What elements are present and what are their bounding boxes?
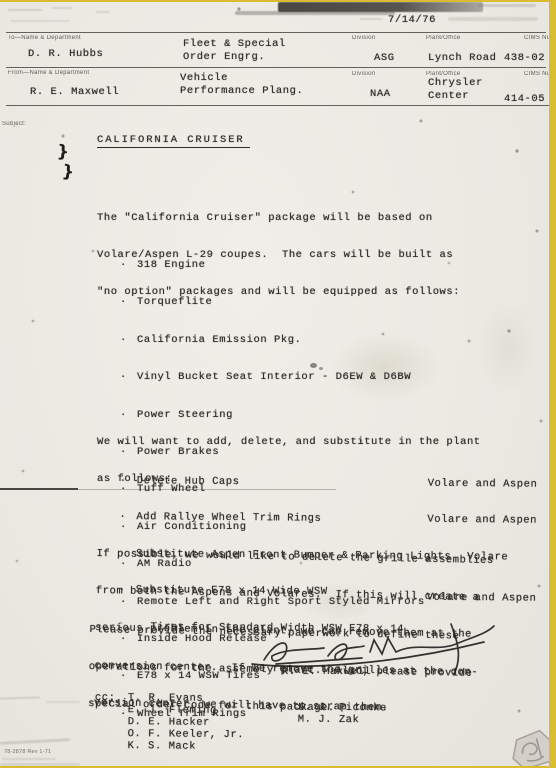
equipment-item: ·Vinyl Bucket Seat Interior - D6EW & D6B… (120, 371, 425, 384)
form-rule (6, 67, 546, 68)
form-number: 78-2878 Rev 1-71 (4, 749, 51, 755)
grille-line: If possible, we would like to delete the… (96, 548, 494, 568)
equipment-item-label: Torqueflite (137, 296, 212, 308)
equipment-item-label: California Emission Pkg. (137, 334, 301, 346)
scan-smudge (0, 763, 80, 766)
scan-smudge (235, 11, 395, 15)
memo-date: 7/14/76 (388, 14, 436, 26)
signature-typed-name: R. E. Maxwell (282, 666, 371, 678)
to-cims-number: 438-02 (504, 52, 545, 64)
cims-label: CIMS Num (524, 71, 549, 77)
change-item: ·Delete Hub CapsVolare and Aspen (120, 475, 452, 490)
division-label: Division (352, 35, 375, 41)
bullet-dot: · (119, 511, 136, 524)
equipment-item: ·California Emission Pkg. (120, 334, 425, 347)
scan-smudge (448, 17, 538, 21)
scan-smudge (10, 20, 70, 22)
margin-brace-mark: } (61, 161, 75, 182)
from-cims-number: 414-05 (504, 93, 545, 105)
from-name: R. E. Maxwell (30, 86, 119, 98)
bullet-dot: · (120, 371, 137, 384)
change-item-models: Volare and Aspen (427, 514, 537, 527)
memo-document: 7/14/76 To—Name & Department Division Pl… (0, 2, 549, 766)
embossed-stamp-mark (505, 725, 549, 766)
from-department-line2: Performance Plang. (180, 85, 303, 97)
changes-intro-line: We will want to add, delete, and substit… (97, 436, 481, 449)
form-rule (6, 32, 546, 33)
bullet-dot: · (120, 296, 137, 309)
to-department-line1: Fleet & Special (183, 38, 286, 50)
bullet-dot: · (120, 334, 137, 347)
scan-smudge (52, 7, 72, 9)
to-field-label: To—Name & Department (8, 35, 81, 41)
from-plant-office-line2: Center (428, 90, 469, 102)
change-item-label: Add Rallye Wheel Trim Rings (136, 512, 321, 526)
plant-office-label: Plant/Office (426, 35, 461, 41)
scan-smudge (478, 4, 536, 7)
bullet-dot: · (120, 259, 137, 272)
cc-name: L. J. Piconke (298, 702, 387, 715)
cc-label: cc: (95, 692, 116, 704)
cc-name: E. J. Fleming (128, 704, 217, 717)
change-item-label: Delete Hub Caps (137, 475, 240, 488)
equipment-item-label: Vinyl Bucket Seat Interior - D6EW & D6BW (137, 371, 411, 383)
form-rule (6, 105, 549, 106)
from-plant-office-line1: Chrysler (428, 77, 483, 89)
subject-label: Subject: (2, 121, 26, 127)
scan-fold-line (0, 488, 78, 490)
memo-title: CALIFORNIA CRUISER (97, 134, 250, 148)
equipment-item: ·Torqueflite (120, 296, 425, 309)
to-name: D. R. Hubbs (28, 48, 103, 60)
division-label: Division (352, 71, 375, 77)
cims-label: CIMS Num (524, 35, 549, 41)
to-division: ASG (374, 52, 395, 64)
change-item-models: Volare and Aspen (428, 478, 538, 491)
scan-smudge (8, 9, 42, 11)
scan-smudge (360, 18, 382, 20)
cc-block: cc: T. R. Evans E. J. Fleming D. E. Hack… (0, 688, 480, 762)
to-department-line2: Order Engrg. (183, 51, 265, 63)
scan-smudge (2, 758, 56, 760)
cc-name: K. S. Mack (127, 740, 196, 753)
from-department-line1: Vehicle (180, 72, 228, 84)
equipment-item: ·318 Engine (120, 259, 425, 272)
scan-speckles (0, 2, 2, 4)
from-field-label: From—Name & Department (8, 70, 89, 76)
scan-smudge (96, 11, 110, 13)
cc-name: D. E. Hacker (128, 716, 210, 729)
paper-stain (478, 302, 538, 392)
from-division: NAA (370, 88, 391, 100)
cc-name: M. J. Zak (298, 714, 360, 727)
margin-brace-mark: } (56, 142, 69, 163)
to-plant-office: Lynch Road (428, 52, 497, 64)
cc-name: T. R. Evans (128, 692, 203, 705)
equipment-item-label: 318 Engine (137, 259, 206, 271)
intro-line: The "California Cruiser" package will be… (97, 212, 460, 225)
cc-name: O. F. Keeler, Jr. (128, 728, 245, 741)
photo-frame: 7/14/76 To—Name & Department Division Pl… (0, 0, 556, 768)
bullet-dot: · (120, 475, 137, 488)
